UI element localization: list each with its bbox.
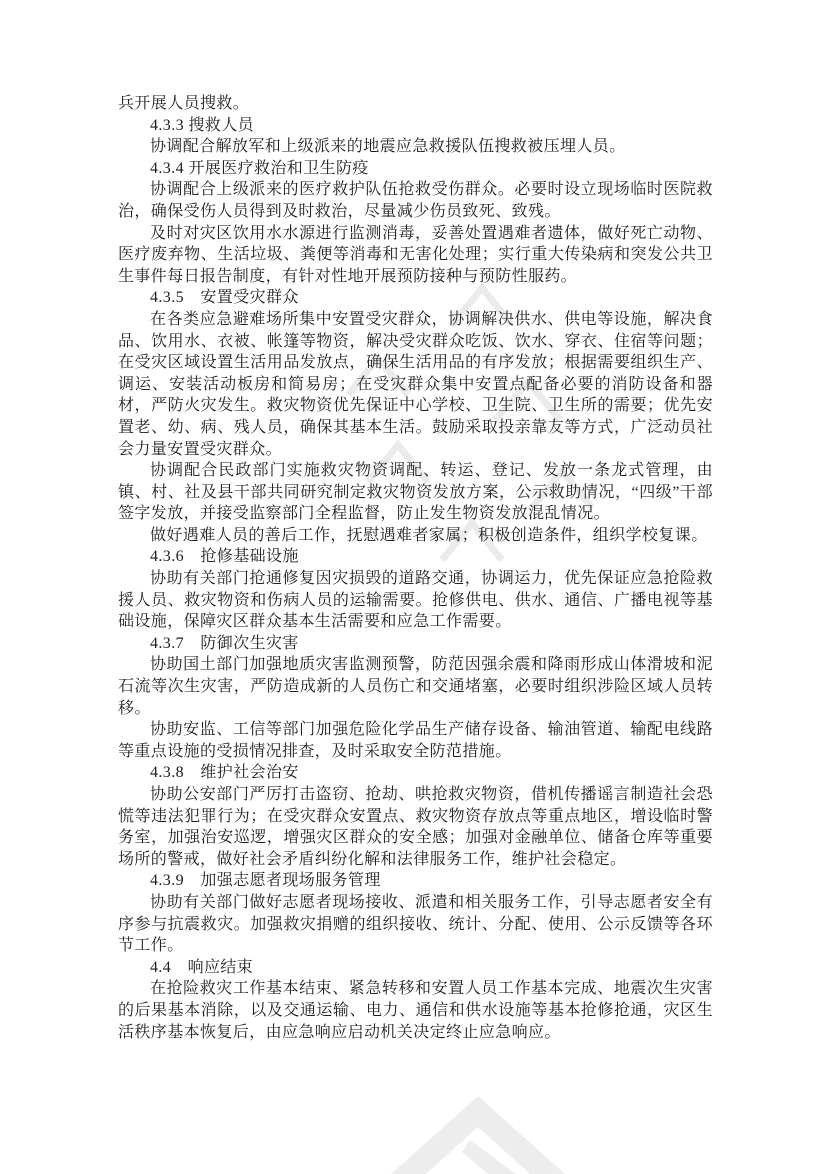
section-heading-4-3-7: 4.3.7 防御次生灾害 <box>118 633 713 655</box>
paragraph: 协助有关部门做好志愿者现场接收、派遣和相关服务工作，引导志愿者安全有序参与抗震救… <box>118 892 713 957</box>
paragraph: 协助安监、工信等部门加强危险化学品生产储存设备、输油管道、输配电线路等重点设施的… <box>118 719 713 762</box>
paragraph: 协助公安部门严厉打击盗窃、抢劫、哄抢救灾物资，借机传播谣言制造社会恐慌等违法犯罪… <box>118 784 713 870</box>
paragraph: 在各类应急避难场所集中安置受灾群众，协调解决供水、供电等设施，解决食品、饮用水、… <box>118 309 713 460</box>
continuation-line: 兵开展人员搜救。 <box>118 93 713 115</box>
paragraph: 协助有关部门抢通修复因灾损毁的道路交通，协调运力，优先保证应急抢险救援人员、救灾… <box>118 568 713 633</box>
paragraph: 在抢险救灾工作基本结束、紧急转移和安置人员工作基本完成、地震次生灾害的后果基本消… <box>118 978 713 1043</box>
section-heading-4-3-4: 4.3.4 开展医疗救治和卫生防疫 <box>118 158 713 180</box>
paragraph: 协调配合解放军和上级派来的地震应急救援队伍搜救被压埋人员。 <box>118 136 713 158</box>
paragraph: 协调配合民政部门实施救灾物资调配、转运、登记、发放一条龙式管理，由镇、村、社及县… <box>118 460 713 525</box>
section-heading-4-3-5: 4.3.5 安置受灾群众 <box>118 287 713 309</box>
section-heading-4-3-3: 4.3.3 搜救人员 <box>118 115 713 137</box>
section-heading-4-4: 4.4 响应结束 <box>118 957 713 979</box>
section-heading-4-3-6: 4.3.6 抢修基础设施 <box>118 546 713 568</box>
document-page: 兵开展人员搜救。 4.3.3 搜救人员 协调配合解放军和上级派来的地震应急救援队… <box>0 0 830 1174</box>
document-body: 兵开展人员搜救。 4.3.3 搜救人员 协调配合解放军和上级派来的地震应急救援队… <box>118 93 713 1043</box>
paragraph: 协助国土部门加强地质灾害监测预警，防范因强余震和降雨形成山体滑坡和泥石流等次生灾… <box>118 654 713 719</box>
paragraph: 做好遇难人员的善后工作，抚慰遇难者家属；积极创造条件，组织学校复课。 <box>118 525 713 547</box>
section-heading-4-3-9: 4.3.9 加强志愿者现场服务管理 <box>118 870 713 892</box>
section-heading-4-3-8: 4.3.8 维护社会治安 <box>118 762 713 784</box>
paragraph: 及时对灾区饮用水水源进行监测消毒，妥善处置遇难者遗体，做好死亡动物、医疗废弃物、… <box>118 223 713 288</box>
paragraph: 协调配合上级派来的医疗救护队伍抢救受伤群众。必要时设立现场临时医院救治，确保受伤… <box>118 179 713 222</box>
